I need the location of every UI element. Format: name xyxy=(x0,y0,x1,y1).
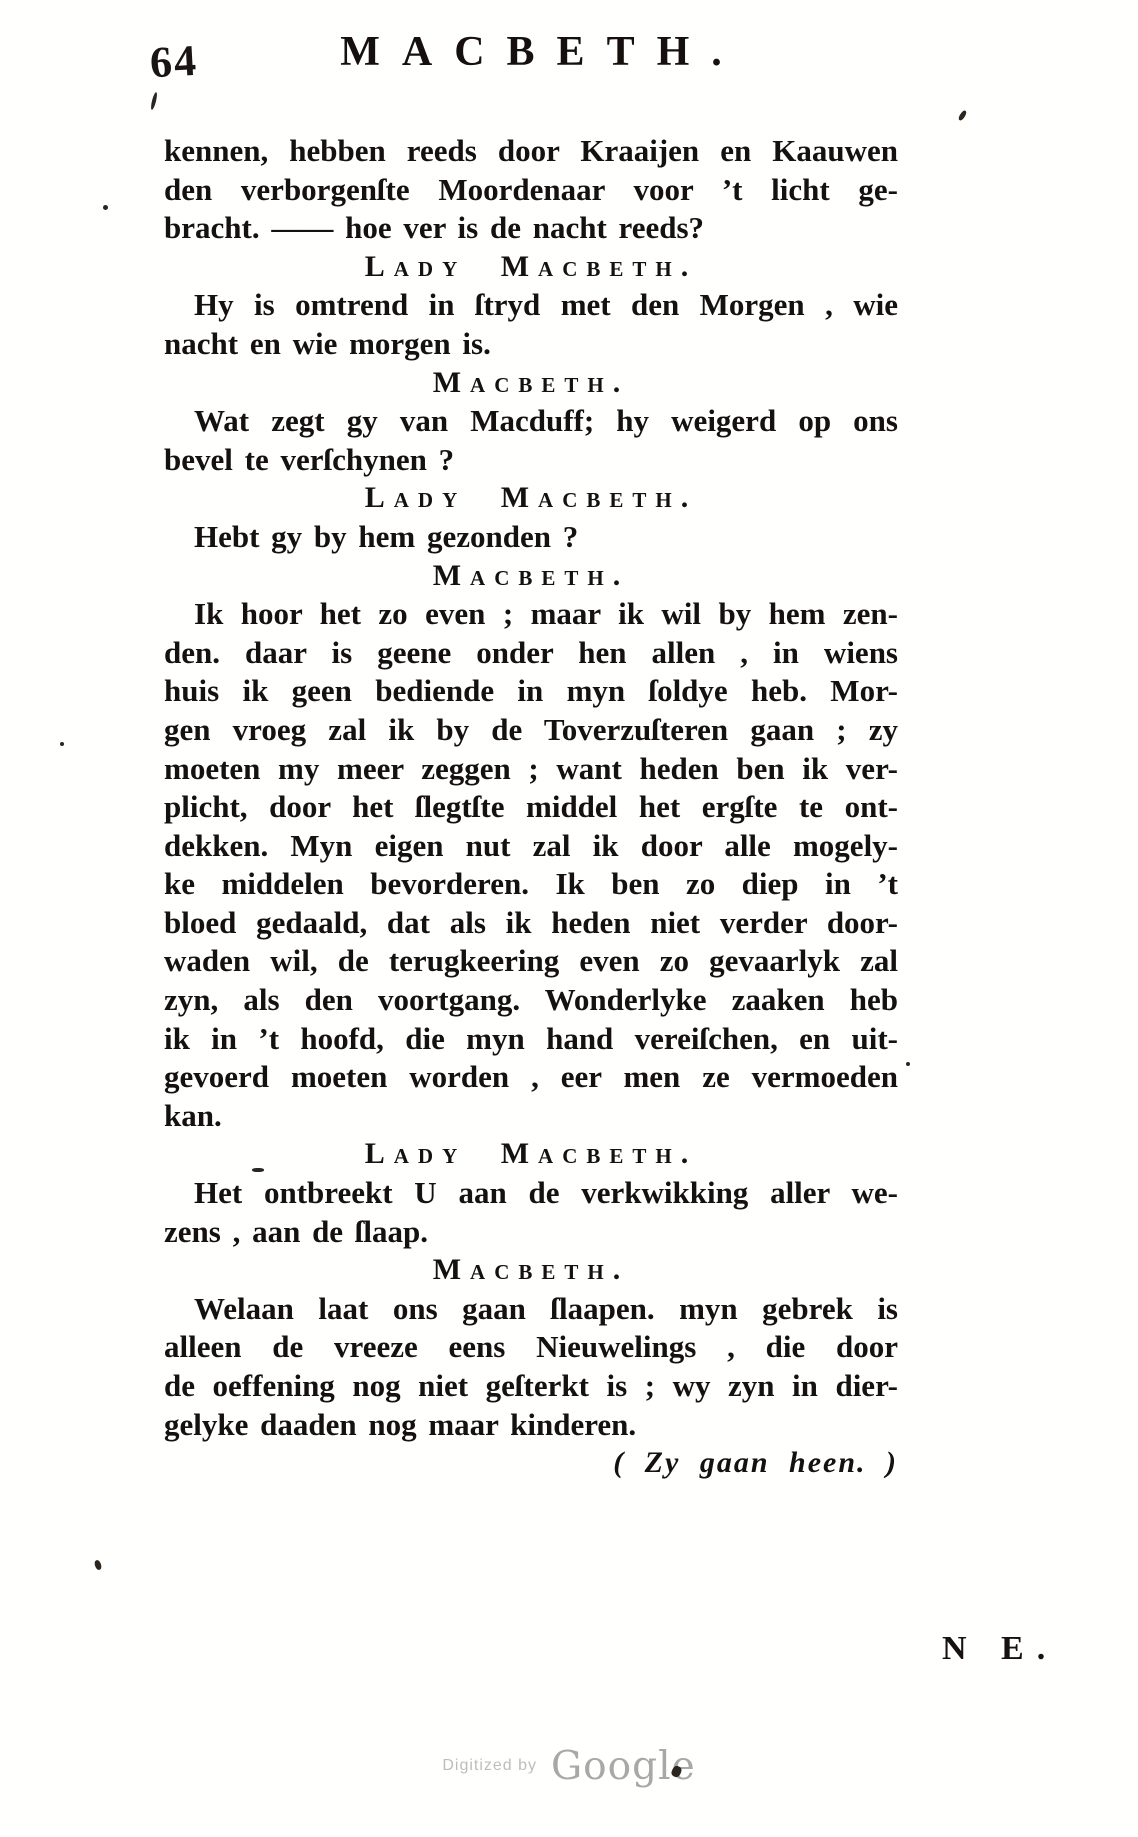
text-line: gen vroeg zal ik by de Toverzuſteren gaa… xyxy=(164,711,898,750)
speaker-heading: Lady Macbeth. xyxy=(164,1135,898,1174)
text-line: Het ontbreekt U aan de verkwikking aller… xyxy=(164,1174,898,1213)
text-line: gelyke daaden nog maar kinderen. xyxy=(164,1406,898,1445)
text-line: gevoerd moeten worden , eer men ze vermo… xyxy=(164,1058,898,1097)
text-line: bloed gedaald, dat als ik heden niet ver… xyxy=(164,904,898,943)
text-line: Welaan laat ons gaan ſlaapen. myn gebrek… xyxy=(164,1290,898,1329)
text-line: bracht. —— hoe ver is de nacht reeds? xyxy=(164,209,898,248)
text-line: nacht en wie morgen is. xyxy=(164,325,898,364)
speaker-heading: Lady Macbeth. xyxy=(164,248,898,287)
ink-speck xyxy=(103,205,108,210)
text-line: Hebt gy by hem gezonden ? xyxy=(164,518,898,557)
stage-direction: ( Zy gaan heen. ) xyxy=(164,1444,898,1483)
book-page: 64 MACBETH. kennen, hebben reeds door Kr… xyxy=(0,0,1138,1837)
text-line: waden wil, de terugkeering even zo gevaa… xyxy=(164,942,898,981)
text-line: dekken. Myn eigen nut zal ik door alle m… xyxy=(164,827,898,866)
text-line: Wat zegt gy van Macduff; hy weigerd op o… xyxy=(164,402,898,441)
text-line: ik in ’t hoofd, die myn hand vereiſchen,… xyxy=(164,1020,898,1059)
google-watermark: Digitized by Google xyxy=(0,1744,1138,1789)
page-header-title: MACBETH. xyxy=(164,28,898,76)
printer-signature: N E. xyxy=(942,1630,1058,1668)
text-line: zyn, als den voortgang. Wonderlyke zaake… xyxy=(164,981,898,1020)
text-line: Hy is omtrend in ſtryd met den Morgen , … xyxy=(164,286,898,325)
text-line: den. daar is geene onder hen allen , in … xyxy=(164,634,898,673)
ink-speck xyxy=(60,742,64,746)
text-line: de oeffening nog niet geſterkt is ; wy z… xyxy=(164,1367,898,1406)
ink-speck xyxy=(150,92,158,110)
ink-speck xyxy=(957,110,967,122)
text-line: zens , aan de ſlaap. xyxy=(164,1213,898,1252)
text-line: plicht, door het ſlegtſte middel het erg… xyxy=(164,788,898,827)
digitized-by-label: Digitized by xyxy=(442,1757,537,1774)
text-line: den verborgenſte Moordenaar voor ’t lich… xyxy=(164,171,898,210)
text-line: alleen de vreeze eens Nieuwelings , die … xyxy=(164,1328,898,1367)
text-line: huis ik geen bediende in myn ſoldye heb.… xyxy=(164,672,898,711)
ink-speck xyxy=(906,1062,910,1066)
speaker-heading: Macbeth. xyxy=(164,364,898,403)
text-line: Ik hoor het zo even ; maar ik wil by hem… xyxy=(164,595,898,634)
text-line: kan. xyxy=(164,1097,898,1136)
ink-speck xyxy=(94,1559,103,1570)
text-line: ke middelen bevorderen. Ik ben zo diep i… xyxy=(164,865,898,904)
text-line: bevel te verſchynen ? xyxy=(164,441,898,480)
text-block: kennen, hebben reeds door Kraaijen en Ka… xyxy=(164,132,898,1483)
speaker-heading: Lady Macbeth. xyxy=(164,479,898,518)
text-line: moeten my meer zeggen ; want heden ben i… xyxy=(164,750,898,789)
ink-speck xyxy=(252,1168,264,1172)
speaker-heading: Macbeth. xyxy=(164,1251,898,1290)
text-line: kennen, hebben reeds door Kraaijen en Ka… xyxy=(164,132,898,171)
speaker-heading: Macbeth. xyxy=(164,557,898,596)
